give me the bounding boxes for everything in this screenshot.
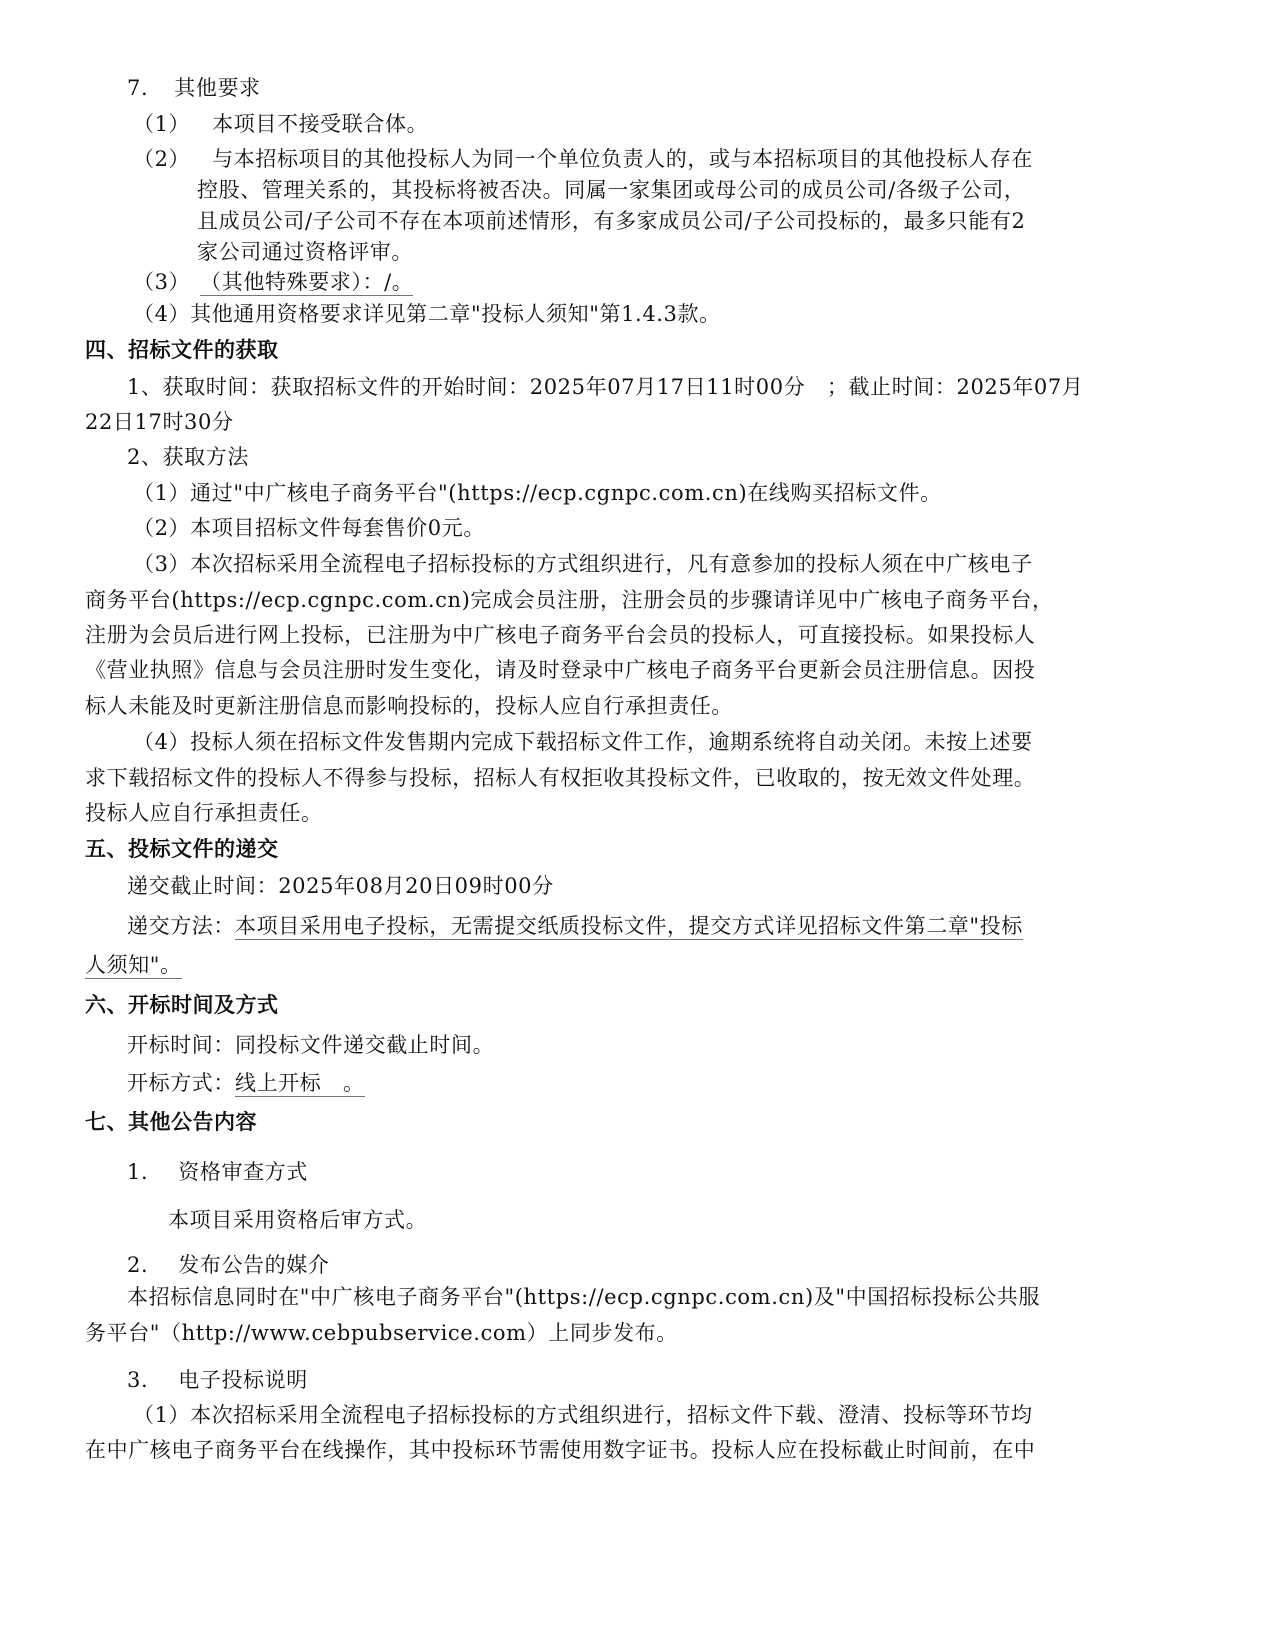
acquisition-method-3-line-3: 注册为会员后进行网上投标，已注册为中广核电子商务平台会员的投标人，可直接投标。如… [85,621,1035,649]
acquisition-method-4-line-1: （4）投标人须在招标文件发售期内完成下载招标文件工作，逾期系统将自动关闭。未按上… [133,728,1033,756]
qualification-review-text: 本项目采用资格后审方式。 [168,1206,427,1234]
bid-opening-method-label: 开标方式： [127,1071,235,1095]
requirement-2: （2）与本招标项目的其他投标人为同一个单位负责人的，或与本招标项目的其他投标人存… [133,145,1033,173]
acquisition-method-3-line-2: 商务平台(https://ecp.cgnpc.com.cn)完成会员注册，注册会… [85,586,1054,614]
acquisition-method-4-line-2: 求下载招标文件的投标人不得参与投标，招标人有权拒收其投标文件，已收取的，按无效文… [85,764,1035,792]
item-number: 7. [127,76,148,100]
acquisition-method-3-line-4: 《营业执照》信息与会员注册时发生变化，请及时登录中广核电子商务平台更新会员注册信… [85,656,1035,684]
requirement-text: 其他通用资格要求详见第二章"投标人须知"第1.4.3款。 [190,302,721,326]
submission-method-label: 递交方法： [127,914,235,938]
acquisition-time-line-2: 22日17时30分 [85,408,234,436]
requirement-2-line-4: 家公司通过资格评审。 [197,238,413,266]
requirement-label: （3） [133,270,190,294]
section-heading-bid-submission: 五、投标文件的递交 [85,835,279,863]
requirement-label: （1） [133,112,190,136]
section-heading-bid-opening: 六、开标时间及方式 [85,991,279,1019]
publication-media-line-2: 务平台"（http://www.cebpubservice.com）上同步发布。 [85,1319,678,1347]
submission-method-text: 本项目采用电子投标，无需提交纸质投标文件，提交方式详见招标文件第二章"投标 [235,914,1023,940]
acquisition-method-3-line-1: （3）本次招标采用全流程电子招标投标的方式组织进行，凡有意参加的投标人须在中广核… [133,550,1033,578]
bid-opening-method: 开标方式：线上开标 。 [127,1069,365,1097]
other-requirements-heading: 7.其他要求 [127,74,261,102]
electronic-bidding-line-2: 在中广核电子商务平台在线操作，其中投标环节需使用数字证书。投标人应在投标截止时间… [85,1436,1035,1464]
requirement-3: （3）（其他特殊要求）：/。 [133,268,413,296]
electronic-bidding-heading: 3.电子投标说明 [127,1366,308,1394]
item-number: 3. [127,1368,148,1392]
requirement-text: （其他特殊要求）：/。 [200,270,413,296]
submission-deadline: 递交截止时间：2025年08月20日09时00分 [127,872,554,900]
requirement-label: （2） [133,147,190,171]
section-heading-other-notices: 七、其他公告内容 [85,1108,257,1136]
item-title: 发布公告的媒介 [178,1253,329,1277]
publication-media-heading: 2.发布公告的媒介 [127,1251,329,1279]
requirement-2-line-3: 且成员公司/子公司不存在本项前述情形，有多家成员公司/子公司投标的，最多只能有2 [197,207,1026,235]
requirement-text: 本项目不接受联合体。 [212,112,428,136]
acquisition-method-2: （2）本项目招标文件每套售价0元。 [133,514,485,542]
acquisition-method-title: 2、获取方法 [127,443,249,471]
requirement-label: （4） [133,302,190,326]
acquisition-method-3-line-5: 标人未能及时更新注册信息而影响投标的，投标人应自行承担责任。 [85,692,733,720]
item-title: 资格审查方式 [178,1160,308,1184]
publication-media-line-1: 本招标信息同时在"中广核电子商务平台"(https://ecp.cgnpc.co… [127,1283,1040,1311]
submission-method-text-cont: 人须知"。 [85,953,182,979]
acquisition-method-4-line-3: 投标人应自行承担责任。 [85,799,323,827]
requirement-4: （4）其他通用资格要求详见第二章"投标人须知"第1.4.3款。 [133,300,721,328]
requirement-2-line-2: 控股、管理关系的，其投标将被否决。同属一家集团或母公司的成员公司/各级子公司， [197,176,1025,204]
acquisition-time-line-1: 1、获取时间：获取招标文件的开始时间：2025年07月17日11时00分 ；截止… [127,373,1083,401]
qualification-review-heading: 1.资格审查方式 [127,1158,308,1186]
item-title: 其他要求 [174,76,260,100]
acquisition-method-1: （1）通过"中广核电子商务平台"(https://ecp.cgnpc.com.c… [133,479,942,507]
item-number: 2. [127,1253,148,1277]
submission-method-line-1: 递交方法：本项目采用电子投标，无需提交纸质投标文件，提交方式详见招标文件第二章"… [127,912,1023,940]
item-title: 电子投标说明 [178,1368,308,1392]
submission-method-line-2: 人须知"。 [85,951,182,979]
electronic-bidding-line-1: （1）本次招标采用全流程电子招标投标的方式组织进行，招标文件下载、澄清、投标等环… [133,1401,1033,1429]
document-page: 7.其他要求 （1）本项目不接受联合体。 （2）与本招标项目的其他投标人为同一个… [0,0,1275,1650]
item-number: 1. [127,1160,148,1184]
bid-opening-method-value: 线上开标 。 [235,1071,365,1097]
requirement-text: 与本招标项目的其他投标人为同一个单位负责人的，或与本招标项目的其他投标人存在 [212,147,1033,171]
section-heading-document-acquisition: 四、招标文件的获取 [85,336,279,364]
requirement-1: （1）本项目不接受联合体。 [133,110,428,138]
bid-opening-time: 开标时间：同投标文件递交截止时间。 [127,1031,494,1059]
